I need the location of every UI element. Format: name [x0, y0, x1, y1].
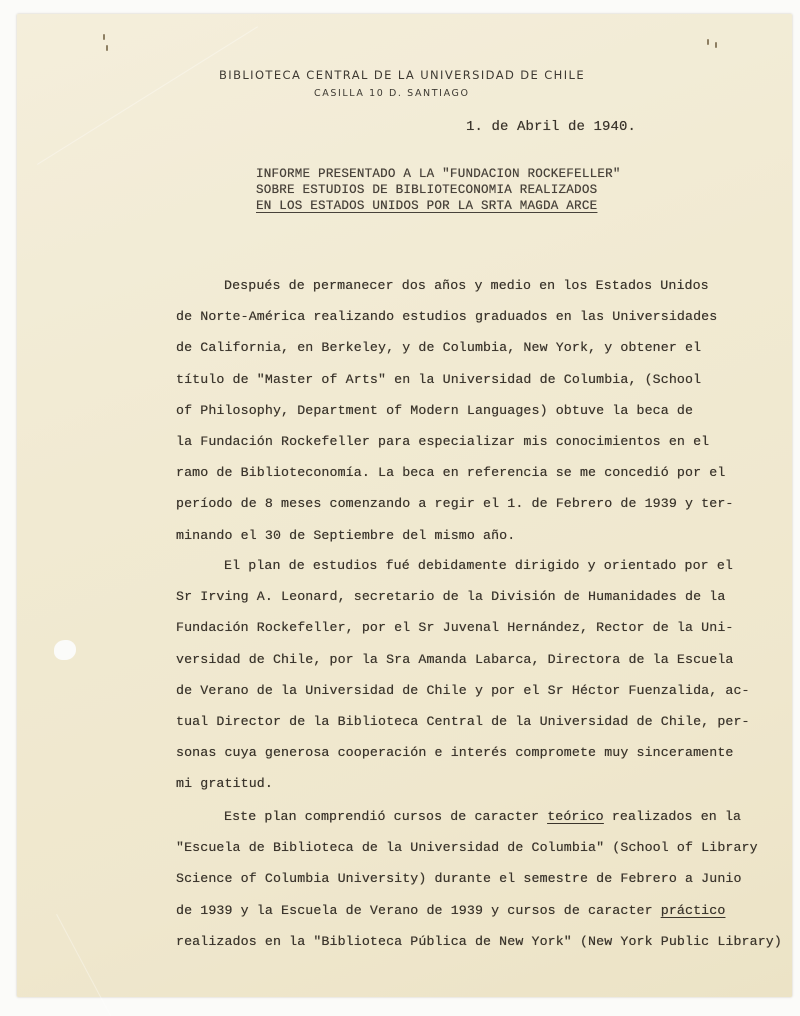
paragraph-3-line: Science of Columbia University) durante … [176, 871, 742, 886]
paper-crease [37, 26, 258, 165]
letterhead-institution: BIBLIOTECA CENTRAL DE LA UNIVERSIDAD DE … [219, 68, 585, 82]
paragraph-3-line: de 1939 y la Escuela de Verano de 1939 y… [176, 903, 725, 918]
punch-hole [54, 640, 76, 660]
paragraph-1-line: de Norte-América realizando estudios gra… [176, 309, 717, 324]
staple-mark-icon [715, 42, 717, 48]
paragraph-3-line: realizados en la "Biblioteca Pública de … [176, 934, 782, 949]
paragraph-2-line: mi gratitud. [176, 776, 273, 791]
staple-mark-icon [707, 39, 709, 45]
paragraph-1-line: minando el 30 de Septiembre del mismo añ… [176, 528, 515, 543]
paragraph-1-line: período de 8 meses comenzando a regir el… [176, 496, 733, 511]
paragraph-1-line: la Fundación Rockefeller para especializ… [176, 434, 709, 449]
report-title-line-3: EN LOS ESTADOS UNIDOS POR LA SRTA MAGDA … [256, 199, 597, 213]
letterhead-address: CASILLA 10 D. SANTIAGO [314, 88, 470, 99]
paragraph-2-line: El plan de estudios fué debidamente diri… [224, 558, 733, 573]
paragraph-3-line: Este plan comprendió cursos de caracter … [224, 809, 741, 824]
paragraph-2-line: versidad de Chile, por la Sra Amanda Lab… [176, 652, 733, 667]
underlined-term: teórico [547, 809, 604, 824]
underlined-term: práctico [661, 903, 726, 918]
paragraph-2-line: Fundación Rockefeller, por el Sr Juvenal… [176, 620, 733, 635]
report-title-line-2: SOBRE ESTUDIOS DE BIBLIOTECONOMIA REALIZ… [256, 183, 597, 197]
paragraph-1-line: of Philosophy, Department of Modern Lang… [176, 403, 693, 418]
paper-crease [56, 914, 113, 1016]
staple-mark-icon [106, 45, 108, 51]
paragraph-2-line: tual Director de la Biblioteca Central d… [176, 714, 750, 729]
paragraph-1-line: Después de permanecer dos años y medio e… [224, 278, 709, 293]
report-title-line-1: INFORME PRESENTADO A LA "FUNDACION ROCKE… [256, 167, 621, 181]
paragraph-2-line: Sr Irving A. Leonard, secretario de la D… [176, 589, 725, 604]
staple-mark-icon [103, 34, 105, 40]
paragraph-3-line: "Escuela de Biblioteca de la Universidad… [176, 840, 758, 855]
paragraph-1-line: ramo de Biblioteconomía. La beca en refe… [176, 465, 725, 480]
document-date: 1. de Abril de 1940. [466, 119, 636, 135]
paragraph-1-line: de California, en Berkeley, y de Columbi… [176, 340, 701, 355]
paragraph-2-line: sonas cuya generosa cooperación e interé… [176, 745, 733, 760]
paragraph-1-line: título de "Master of Arts" en la Univers… [176, 372, 701, 387]
paragraph-2-line: de Verano de la Universidad de Chile y p… [176, 683, 750, 698]
